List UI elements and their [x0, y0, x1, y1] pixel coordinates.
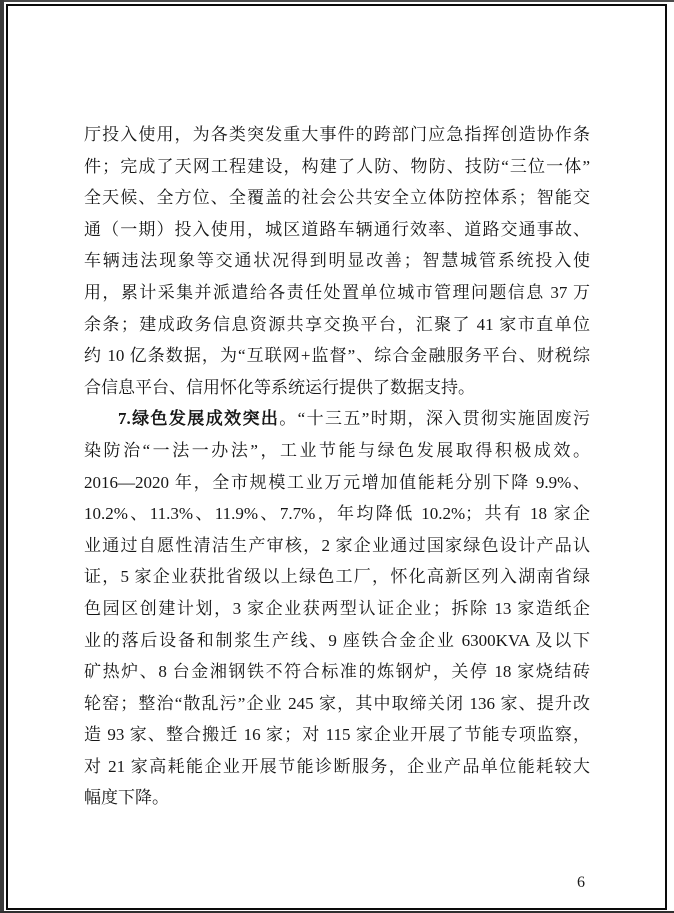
text-block: 厅投入使用，为各类突发重大事件的跨部门应急指挥创造协作条件；完成了天网工程建设，…: [84, 119, 590, 814]
text-line: 矿热炉、8 台金湘钢铁不符合标准的炼钢炉，关停 18 家烧结砖: [84, 656, 590, 688]
text-line: 证，5 家企业获批省级以上绿色工厂，怀化高新区列入湖南省绿: [84, 561, 590, 593]
text-line: 业通过自愿性清洁生产审核，2 家企业通过国家绿色设计产品认: [84, 530, 590, 562]
text-line: 件；完成了天网工程建设，构建了人防、物防、技防“三位一体”: [84, 151, 590, 183]
paragraph-heading: 7.绿色发展成效突出: [118, 409, 279, 428]
text-line: 业的落后设备和制浆生产线、9 座铁合金企业 6300KVA 及以下: [84, 625, 590, 657]
text-line: 染防治“一法一办法”，工业节能与绿色发展取得积极成效。: [84, 435, 590, 467]
text-line: 幅度下降。: [84, 782, 590, 814]
scan-edge-left: [0, 0, 4, 913]
text-line: 车辆违法现象等交通状况得到明显改善；智慧城管系统投入使: [84, 245, 590, 277]
text-line: 色园区创建计划，3 家企业获两型认证企业；拆除 13 家造纸企: [84, 593, 590, 625]
document-page: 厅投入使用，为各类突发重大事件的跨部门应急指挥创造协作条件；完成了天网工程建设，…: [0, 0, 674, 913]
text-line: 用，累计采集并派遣给各责任处置单位城市管理问题信息 37 万: [84, 277, 590, 309]
text-line: 厅投入使用，为各类突发重大事件的跨部门应急指挥创造协作条: [84, 119, 590, 151]
text-line: 全天候、全方位、全覆盖的社会公共安全立体防控体系；智能交: [84, 182, 590, 214]
page-number: 6: [572, 874, 590, 892]
text-line: 7.绿色发展成效突出。“十三五”时期，深入贯彻实施固废污: [84, 403, 590, 435]
text-line: 合信息平台、信用怀化等系统运行提供了数据支持。: [84, 372, 590, 404]
text-line: 对 21 家高耗能企业开展节能诊断服务，企业产品单位能耗较大: [84, 751, 590, 783]
text-line: 通（一期）投入使用，城区道路车辆通行效率、道路交通事故、: [84, 214, 590, 246]
text-line: 轮窑；整治“散乱污”企业 245 家，其中取缔关闭 136 家、提升改: [84, 688, 590, 720]
text-line: 余条；建成政务信息资源共享交换平台，汇聚了 41 家市直单位: [84, 309, 590, 341]
text-line: 造 93 家、整合搬迁 16 家；对 115 家企业开展了节能专项监察，: [84, 719, 590, 751]
text-line: 2016—2020 年，全市规模工业万元增加值能耗分别下降 9.9%、: [84, 467, 590, 499]
scan-edge-top: [0, 0, 674, 2]
text-line: 约 10 亿条数据，为“互联网+监督”、综合金融服务平台、财税综: [84, 340, 590, 372]
text-line: 10.2%、11.3%、11.9%、7.7%，年均降低 10.2%；共有 18 …: [84, 498, 590, 530]
